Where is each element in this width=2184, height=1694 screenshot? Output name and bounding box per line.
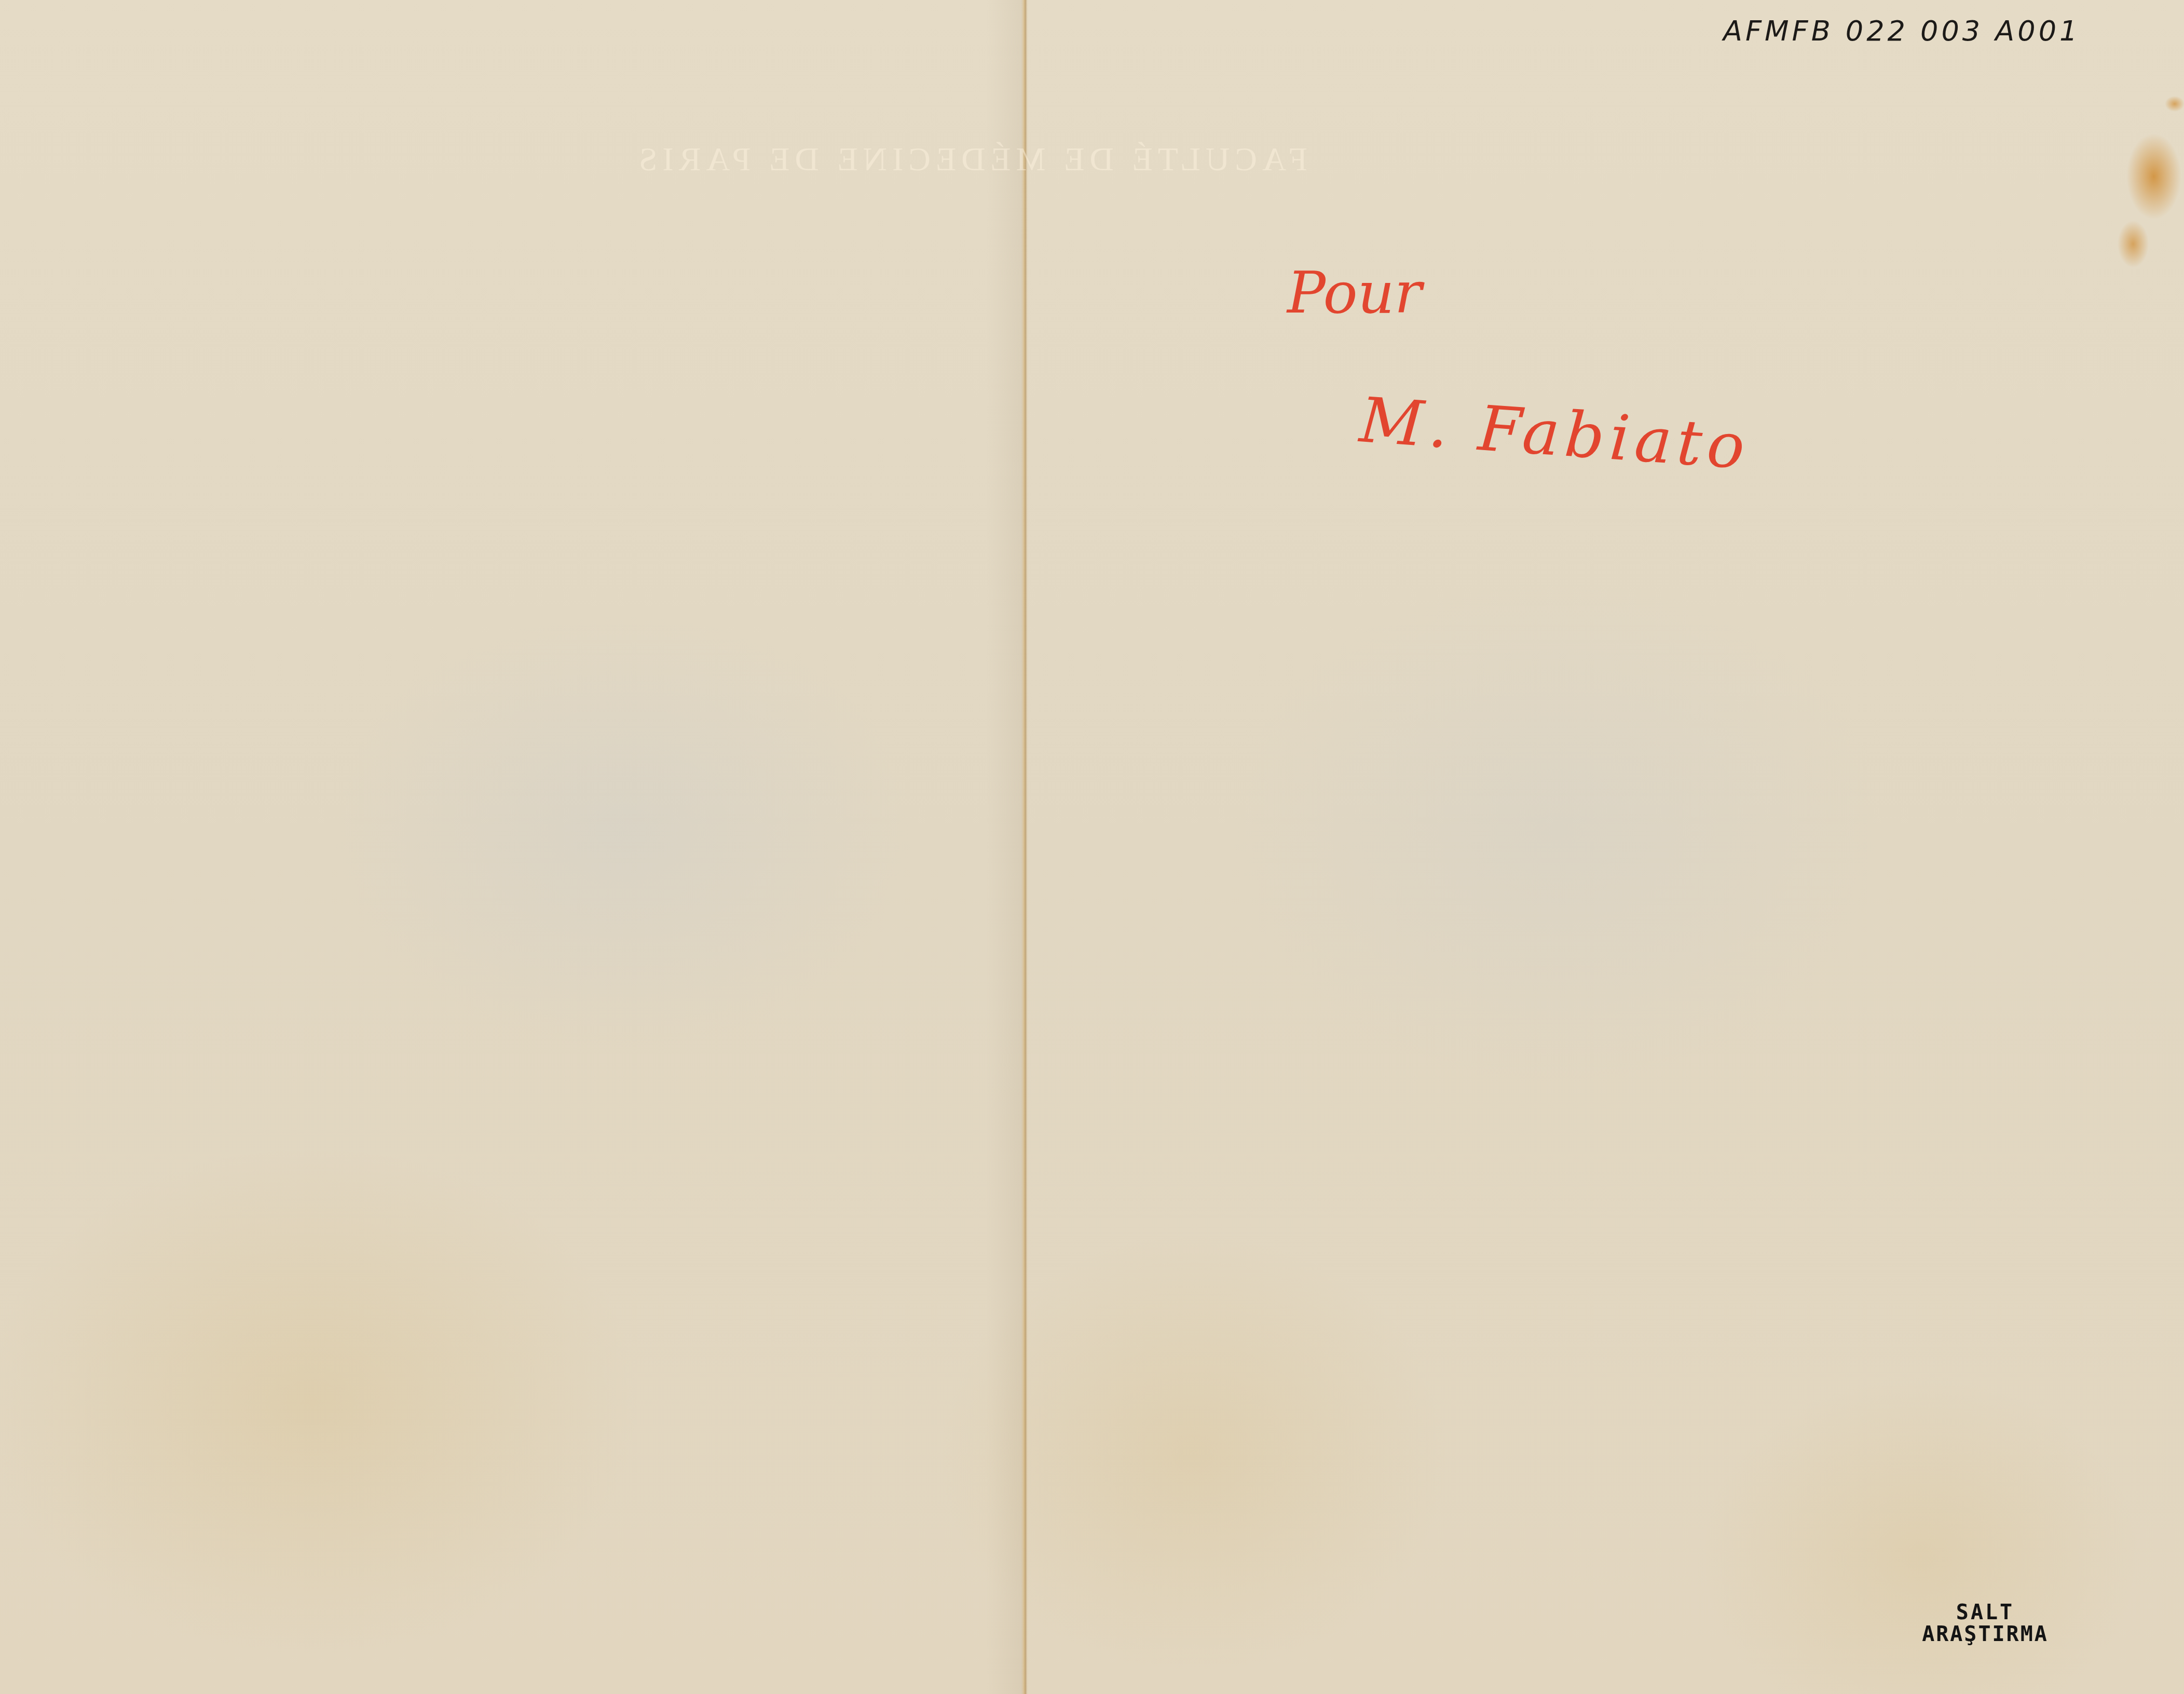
archive-reference-code: AFMFB 022 003 A001 [1723, 15, 2080, 47]
bleed-through-text: FACULTÉ DE MÉDECINE DE PARIS [540, 140, 1401, 179]
scanned-document-sheet: FACULTÉ DE MÉDECINE DE PARIS AFMFB 022 0… [0, 0, 2184, 1694]
salt-arastirma-stamp: SALT ARAŞTIRMA [1900, 1602, 2071, 1645]
stamp-line1: SALT [1900, 1602, 2071, 1623]
center-fold-crease [1021, 0, 1029, 1694]
fold-shadow [986, 0, 1022, 1694]
handwritten-annotation-line2: M. Fabiato [1357, 384, 1752, 483]
handwritten-annotation-line1: Pour [1287, 260, 1422, 326]
stamp-line2: ARAŞTIRMA [1900, 1623, 2071, 1645]
rust-stain [2097, 88, 2184, 286]
